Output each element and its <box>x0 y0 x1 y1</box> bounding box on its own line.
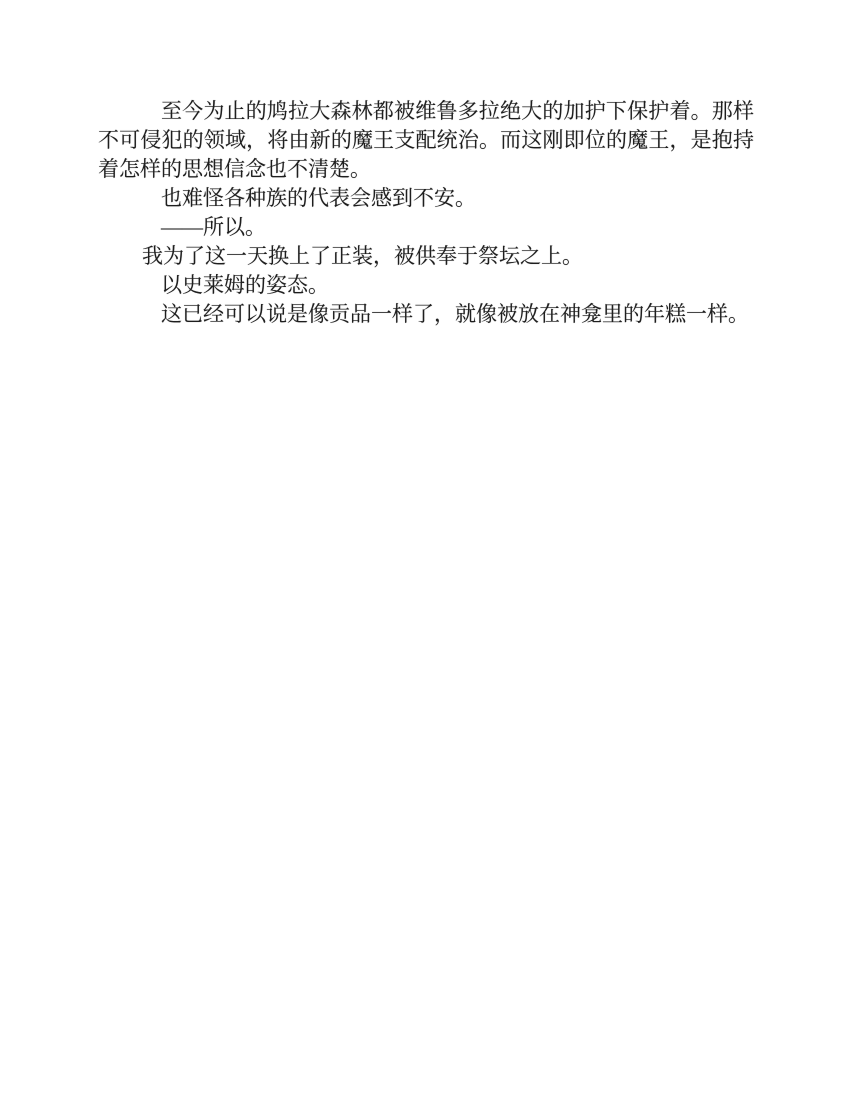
text-block: 至今为止的鸠拉大森林都被维鲁多拉绝大的加护下保护着。那样不可侵犯的领域，将由新的… <box>98 97 754 329</box>
novel-paragraph-3: ——所以。 <box>98 213 754 242</box>
novel-paragraph-6: 这已经可以说是像贡品一样了，就像被放在神龛里的年糕一样。 <box>98 300 754 329</box>
document-page: 至今为止的鸠拉大森林都被维鲁多拉绝大的加护下保护着。那样不可侵犯的领域，将由新的… <box>0 0 850 1100</box>
novel-paragraph-4: 我为了这一天换上了正装，被供奉于祭坛之上。 <box>98 242 754 271</box>
novel-paragraph-2: 也难怪各种族的代表会感到不安。 <box>98 184 754 213</box>
novel-paragraph-1: 至今为止的鸠拉大森林都被维鲁多拉绝大的加护下保护着。那样不可侵犯的领域，将由新的… <box>98 97 754 184</box>
novel-paragraph-5: 以史莱姆的姿态。 <box>98 271 754 300</box>
